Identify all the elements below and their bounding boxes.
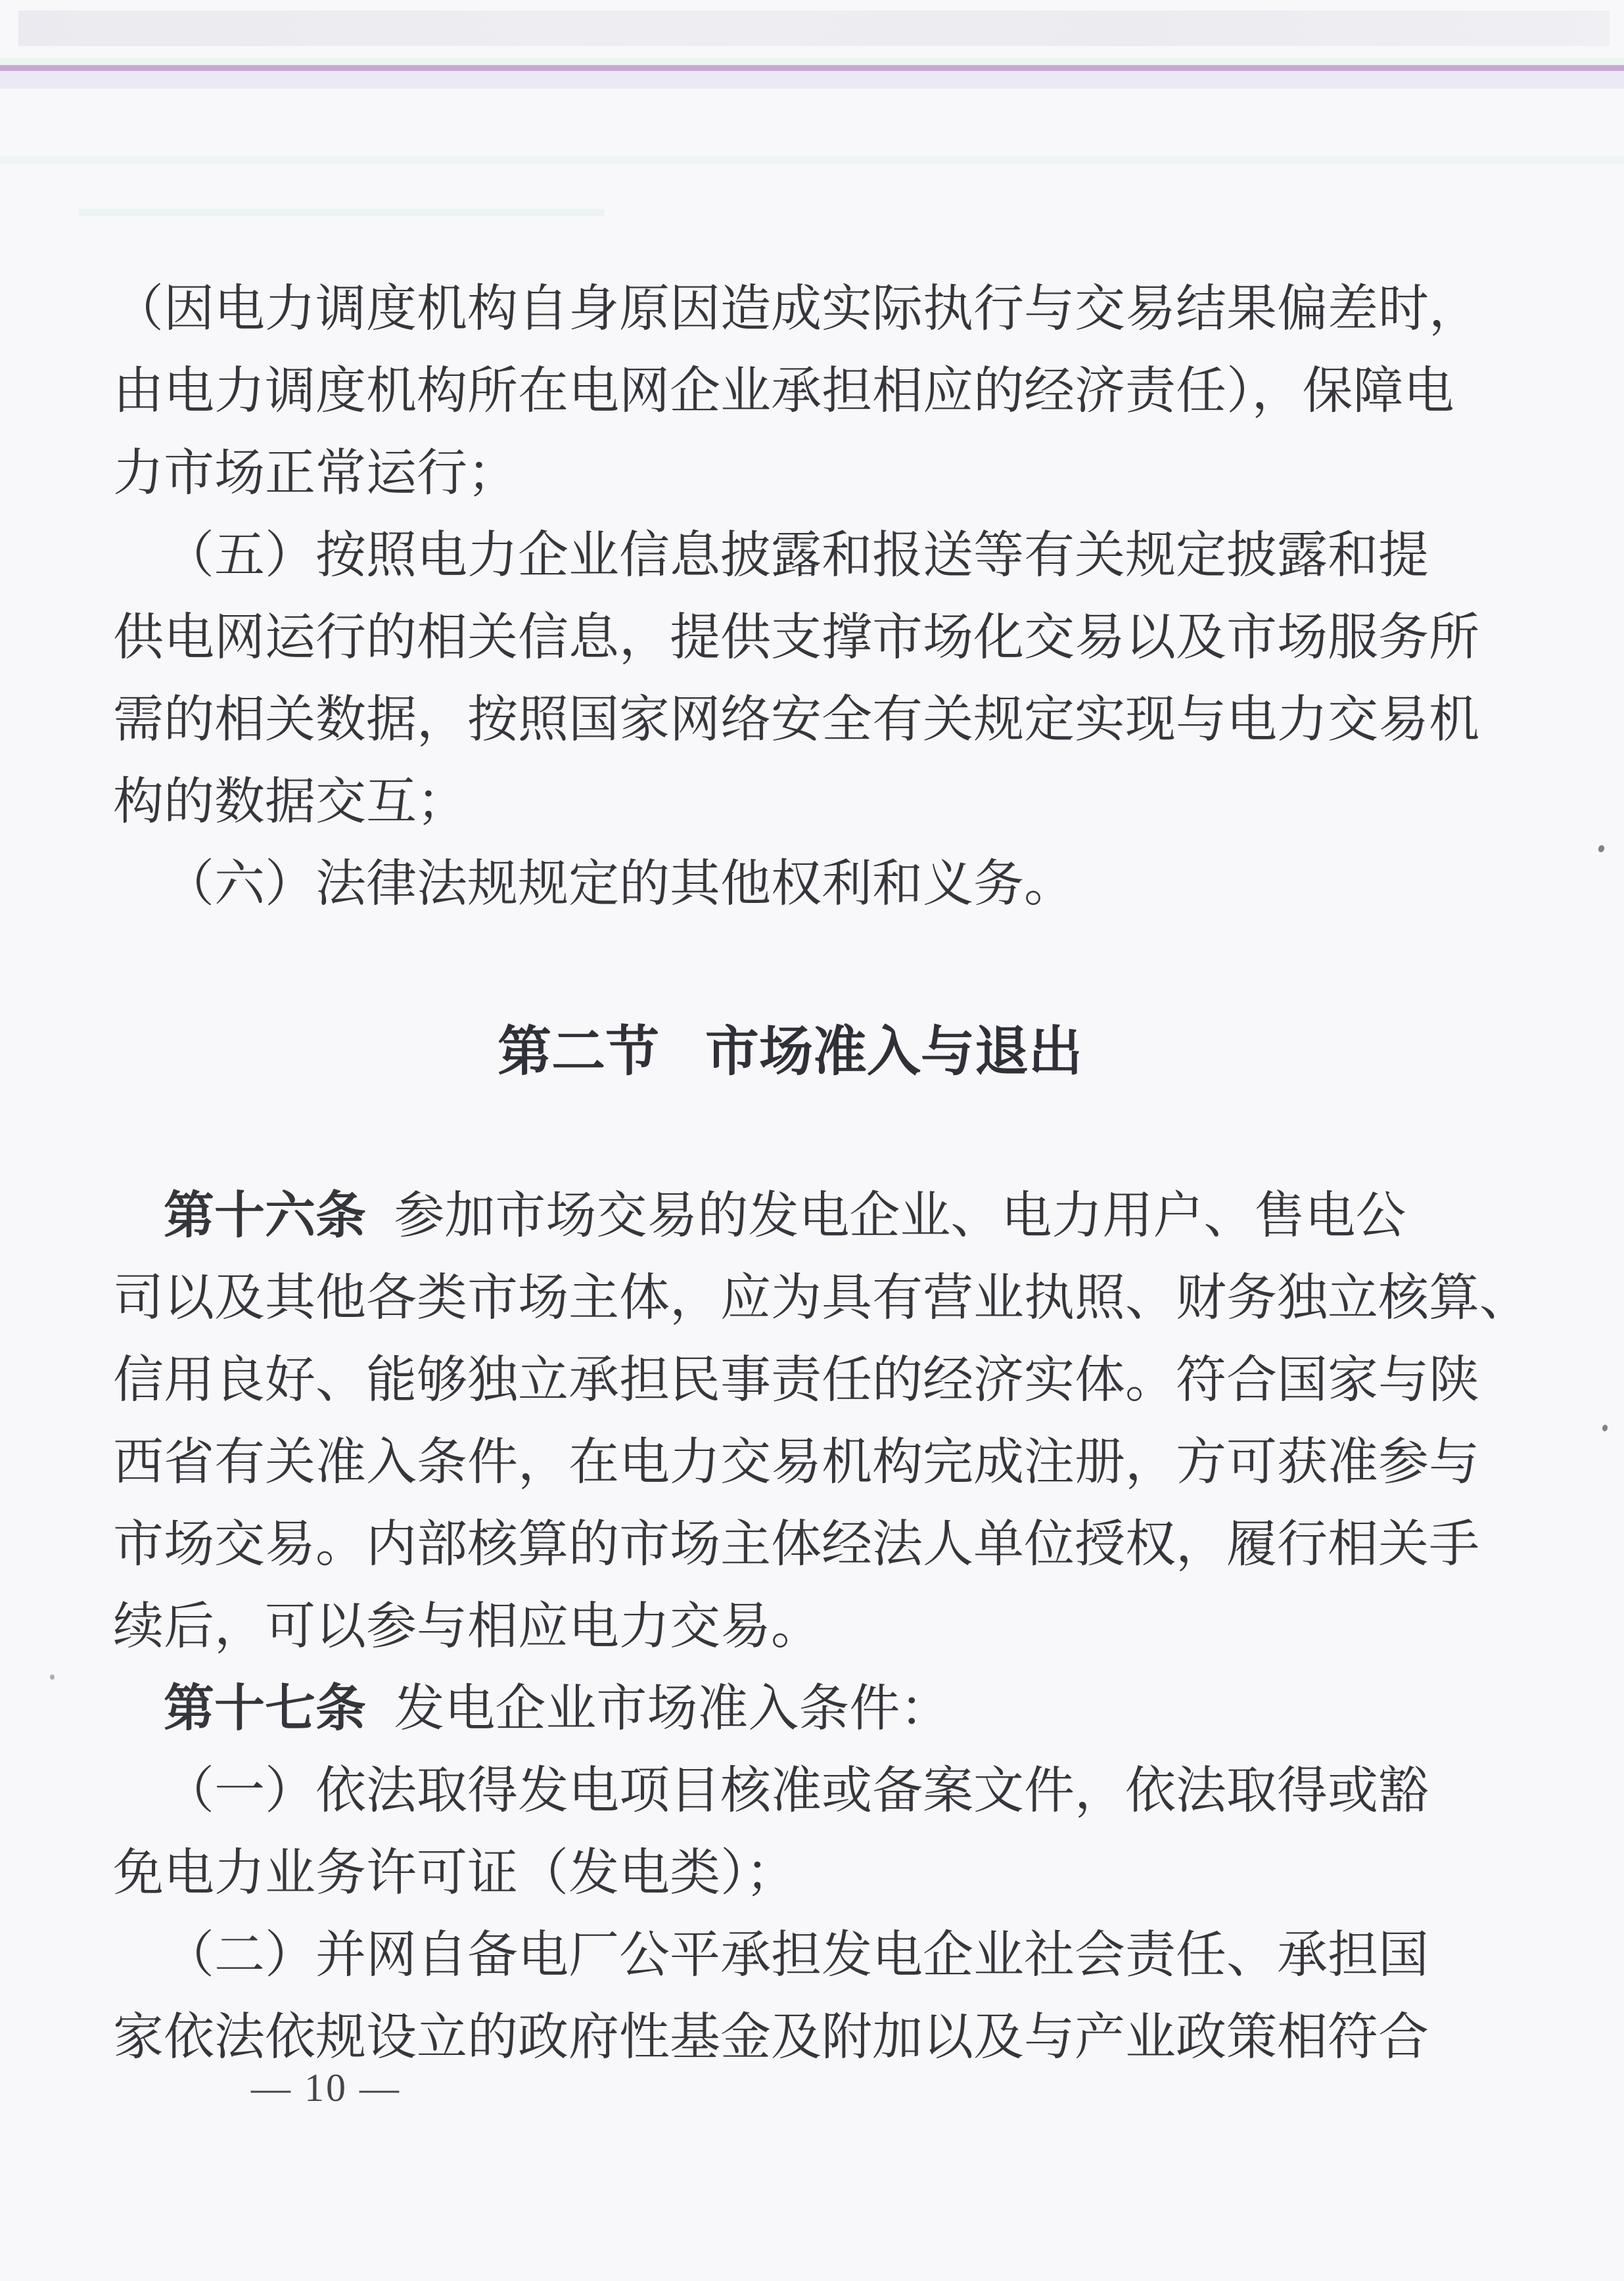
body-text-line: 司以及其他各类市场主体，应为具有营业执照、财务独立核算、 — [113, 1257, 1552, 1339]
ink-speck-2 — [1602, 1424, 1608, 1432]
body-text-line: 由电力调度机构所在电网企业承担相应的经济责任），保障电 — [113, 350, 1552, 432]
ink-speck-3 — [50, 1674, 55, 1680]
section-title: 市场准入与退出 — [705, 1022, 1082, 1082]
body-text-line: （一）依法取得发电项目核准或备案文件，依法取得或豁 — [113, 1750, 1552, 1832]
article-17-first-line: 发电企业市场准入条件： — [394, 1680, 950, 1737]
body-text-line: （因电力调度机构自身原因造成实际执行与交易结果偏差时， — [113, 268, 1552, 350]
article-16-lead: 第十六条 — [164, 1187, 366, 1244]
scanned-document-page: （因电力调度机构自身原因造成实际执行与交易结果偏差时， 由电力调度机构所在电网企… — [0, 0, 1624, 2281]
body-text-line: 信用良好、能够独立承担民事责任的经济实体。符合国家与陕 — [113, 1339, 1552, 1421]
body-text-line: 构的数据交互； — [113, 761, 1552, 843]
scan-artifact-lavender-band — [0, 71, 1624, 89]
body-text-line: 西省有关准入条件，在电力交易机构完成注册，方可获准参与 — [113, 1421, 1552, 1504]
body-text-line: 力市场正常运行； — [113, 432, 1552, 515]
scan-artifact-cyan-streak-2 — [79, 209, 605, 216]
section-number: 第二节 — [498, 1022, 659, 1082]
body-text-line: 免电力业务许可证（发电类）； — [113, 1832, 1552, 1914]
page-number: — 10 — — [251, 2065, 401, 2111]
section-heading: 第二节市场准入与退出 — [70, 1011, 1510, 1093]
scan-artifact-cyan-streak-1 — [0, 156, 1624, 164]
scan-artifact-gray-band — [18, 11, 1610, 46]
body-text-line: （五）按照电力企业信息披露和报送等有关规定披露和提 — [113, 515, 1552, 597]
body-text-line: 市场交易。内部核算的市场主体经法人单位授权，履行相关手 — [113, 1504, 1552, 1586]
article-16-first-line: 参加市场交易的发电企业、电力用户、售电公 — [394, 1187, 1406, 1244]
ink-speck-1 — [1597, 844, 1605, 853]
body-text-line: 需的相关数据，按照国家网络安全有关规定实现与电力交易机 — [113, 679, 1552, 761]
body-text-line: 续后，可以参与相应电力交易。 — [113, 1586, 1552, 1668]
scan-artifact-green-streak — [0, 58, 1624, 65]
body-text-line: （二）并网自备电厂公平承担发电企业社会责任、承担国 — [113, 1914, 1552, 1996]
body-text-line: （六）法律法规规定的其他权利和义务。 — [113, 843, 1552, 925]
body-text-line: 第十七条发电企业市场准入条件： — [113, 1668, 1552, 1750]
body-text-line: 供电网运行的相关信息，提供支撑市场化交易以及市场服务所 — [113, 597, 1552, 679]
page-body: （因电力调度机构自身原因造成实际执行与交易结果偏差时， 由电力调度机构所在电网企… — [113, 268, 1552, 2079]
article-17-lead: 第十七条 — [164, 1680, 366, 1737]
body-text-line: 第十六条参加市场交易的发电企业、电力用户、售电公 — [113, 1175, 1552, 1257]
scan-artifact-purple-line — [0, 65, 1624, 71]
